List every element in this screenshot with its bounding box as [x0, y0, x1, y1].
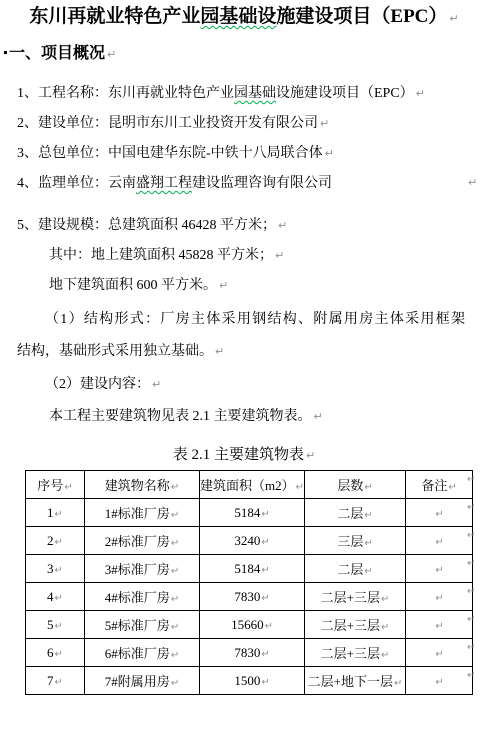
cell-text: 二层+地下一层: [308, 674, 393, 689]
cell-text: 3: [47, 561, 54, 576]
title-text-post: 施建设项目（EPC）: [276, 6, 447, 27]
header-text: 层数: [337, 478, 363, 493]
table-header-row: 序号↵ 建筑物名称↵ 建筑面积（m2）↵ 层数↵ 备注↵: [26, 471, 473, 499]
cell-seq: 5↵: [26, 611, 85, 639]
title-text-pre: 东川再就业特色产业: [29, 6, 200, 27]
cell-remarks: ↵: [406, 611, 473, 639]
header-text: 建筑面积（m2）: [200, 478, 295, 493]
row-end-mark-icon: ↵: [467, 474, 475, 485]
cell-floors: 二层+地下一层↵: [305, 667, 406, 695]
cell-text: 15660: [231, 617, 264, 632]
cell-building-name: 4#标准厂房↵: [85, 583, 200, 611]
para-text-spellcheck: 盛翔工程: [136, 176, 192, 191]
para-above-ground-area: 其中：地上建筑面积 45828 平方米；↵: [49, 247, 284, 264]
cell-building-name: 3#标准厂房↵: [85, 555, 200, 583]
pilcrow-icon: ↵: [466, 176, 477, 189]
cell-floors: 二层↵: [305, 555, 406, 583]
pilcrow-icon: ↵: [170, 650, 179, 661]
pilcrow-icon: ↵: [380, 594, 389, 605]
para-text: 地下建筑面积 600 平方米。: [49, 278, 217, 293]
row-end-mark-icon: ↵: [467, 530, 475, 541]
pilcrow-icon: ↵: [54, 537, 63, 548]
para-owner-unit: 2、建设单位：昆明市东川工业投资开发有限公司↵: [17, 115, 329, 132]
pilcrow-icon: ↵: [170, 594, 179, 605]
cell-area: 15660↵: [200, 611, 305, 639]
table-row: 1↵ 1#标准厂房↵ 5184↵ 二层↵ ↵: [26, 499, 473, 527]
pilcrow-icon: ↵: [260, 593, 269, 604]
cell-floors: 三层↵: [305, 527, 406, 555]
cell-text: 7830: [234, 645, 260, 660]
cell-text: 5: [47, 617, 54, 632]
pilcrow-icon: ↵: [363, 510, 372, 521]
para-text-spellcheck: 园基础: [234, 86, 276, 101]
para-table-reference: 本工程主要建筑物见表 2.1 主要建筑物表。↵: [49, 408, 323, 425]
cell-text: 4#标准厂房: [105, 590, 170, 605]
pilcrow-icon: ↵: [434, 621, 443, 632]
para-structure-type-line2: 结构，基础形式采用独立基础。↵: [17, 343, 224, 360]
header-cell-area: 建筑面积（m2）↵: [200, 471, 305, 499]
section-heading-text: 一、项目概况: [9, 45, 105, 62]
cell-seq: 7↵: [26, 667, 85, 695]
header-text: 备注: [421, 478, 447, 493]
cell-floors: 二层+三层↵: [305, 611, 406, 639]
cell-remarks: ↵: [406, 667, 473, 695]
pilcrow-icon: ↵: [217, 279, 228, 292]
pilcrow-icon: ↵: [414, 87, 425, 100]
pilcrow-icon: ↵: [380, 622, 389, 633]
pilcrow-icon: ↵: [273, 249, 284, 262]
pilcrow-icon: ↵: [170, 482, 179, 493]
pilcrow-icon: ↵: [213, 345, 224, 358]
row-end-mark-icon: ↵: [467, 586, 475, 597]
section-heading: 一、项目概况↵: [4, 45, 116, 64]
cell-building-name: 1#标准厂房↵: [85, 499, 200, 527]
cell-text: 二层+三层: [321, 646, 380, 661]
cell-text: 7830: [234, 589, 260, 604]
cell-remarks: ↵: [406, 583, 473, 611]
outline-bullet-icon: [4, 51, 7, 54]
title-text-spellcheck: 园基础设: [200, 6, 276, 27]
pilcrow-icon: ↵: [434, 649, 443, 660]
cell-area: 5184↵: [200, 499, 305, 527]
pilcrow-icon: ↵: [434, 537, 443, 548]
cell-text: 6: [47, 645, 54, 660]
pilcrow-icon: ↵: [170, 510, 179, 521]
para-text: 本工程主要建筑物见表 2.1 主要建筑物表。: [49, 409, 312, 424]
cell-seq: 3↵: [26, 555, 85, 583]
pilcrow-icon: ↵: [150, 378, 161, 391]
table-row: 7↵ 7#附属用房↵ 1500↵ 二层+地下一层↵ ↵: [26, 667, 473, 695]
row-end-mark-icon: ↵: [467, 642, 475, 653]
table-row: 4↵ 4#标准厂房↵ 7830↵ 二层+三层↵ ↵: [26, 583, 473, 611]
pilcrow-icon: ↵: [318, 117, 329, 130]
cell-building-name: 5#标准厂房↵: [85, 611, 200, 639]
pilcrow-icon: ↵: [304, 449, 315, 462]
cell-text: 7: [47, 673, 54, 688]
row-end-mark-icon: ↵: [467, 614, 475, 625]
para-project-name: 1、工程名称：东川再就业特色产业园基础设施建设项目（EPC）↵: [17, 85, 425, 102]
cell-building-name: 7#附属用房↵: [85, 667, 200, 695]
pilcrow-icon: ↵: [264, 621, 273, 632]
cell-text: 4: [47, 589, 54, 604]
table-row: 3↵ 3#标准厂房↵ 5184↵ 二层↵ ↵: [26, 555, 473, 583]
para-text: 结构，基础形式采用独立基础。: [17, 344, 213, 359]
cell-remarks: ↵: [406, 499, 473, 527]
pilcrow-icon: ↵: [434, 677, 443, 688]
pilcrow-icon: ↵: [260, 537, 269, 548]
pilcrow-icon: ↵: [380, 650, 389, 661]
pilcrow-icon: ↵: [323, 147, 334, 160]
pilcrow-icon: ↵: [54, 649, 63, 660]
cell-floors: 二层↵: [305, 499, 406, 527]
pilcrow-icon: ↵: [447, 12, 458, 25]
cell-remarks: ↵: [406, 527, 473, 555]
pilcrow-icon: ↵: [260, 677, 269, 688]
cell-text: 5184: [234, 561, 260, 576]
document-page: 东川再就业特色产业园基础设施建设项目（EPC）↵ 一、项目概况↵ 1、工程名称：…: [0, 0, 488, 743]
header-cell-remarks: 备注↵: [406, 471, 473, 499]
cell-seq: 6↵: [26, 639, 85, 667]
buildings-table: 序号↵ 建筑物名称↵ 建筑面积（m2）↵ 层数↵ 备注↵ 1↵ 1#标准厂房↵ …: [25, 470, 473, 695]
pilcrow-icon: ↵: [54, 565, 63, 576]
pilcrow-icon: ↵: [363, 566, 372, 577]
cell-seq: 4↵: [26, 583, 85, 611]
para-text: 建设监理咨询有限公司: [192, 176, 332, 191]
para-construction-content: （2）建设内容：↵: [45, 376, 161, 393]
pilcrow-icon: ↵: [260, 649, 269, 660]
cell-area: 7830↵: [200, 639, 305, 667]
table-row: 6↵ 6#标准厂房↵ 7830↵ 二层+三层↵ ↵: [26, 639, 473, 667]
cell-text: 1500: [234, 673, 260, 688]
pilcrow-icon: ↵: [434, 565, 443, 576]
cell-text: 7#附属用房: [105, 674, 170, 689]
pilcrow-icon: ↵: [363, 538, 372, 549]
header-text: 建筑物名称: [105, 478, 170, 493]
table-caption-text: 表 2.1 主要建筑物表: [173, 447, 304, 463]
pilcrow-icon: ↵: [170, 538, 179, 549]
para-scale: 5、建设规模：总建筑面积 46428 平方米；↵: [17, 217, 287, 234]
header-text: 序号: [37, 478, 63, 493]
cell-area: 5184↵: [200, 555, 305, 583]
pilcrow-icon: ↵: [170, 622, 179, 633]
pilcrow-icon: ↵: [170, 678, 179, 689]
cell-area: 3240↵: [200, 527, 305, 555]
para-text: 2、建设单位：昆明市东川工业投资开发有限公司: [17, 116, 318, 131]
cell-text: 5#标准厂房: [105, 618, 170, 633]
header-cell-building-name: 建筑物名称↵: [85, 471, 200, 499]
pilcrow-icon: ↵: [54, 593, 63, 604]
table-caption: 表 2.1 主要建筑物表↵: [0, 446, 488, 465]
cell-text: 二层+三层: [321, 590, 380, 605]
para-structure-type-line1: （1）结构形式：厂房主体采用钢结构、附属用房主体采用框架: [45, 311, 465, 328]
cell-text: 2: [47, 533, 54, 548]
para-contractor-unit: 3、总包单位：中国电建华东院-中铁十八局联合体↵: [17, 145, 334, 162]
para-text: 3、总包单位：中国电建华东院-中铁十八局联合体: [17, 146, 323, 161]
pilcrow-icon: ↵: [295, 482, 304, 493]
cell-text: 3#标准厂房: [105, 562, 170, 577]
cell-building-name: 6#标准厂房↵: [85, 639, 200, 667]
para-text: 其中：地上建筑面积 45828 平方米；: [49, 248, 273, 263]
pilcrow-icon: ↵: [54, 509, 63, 520]
para-supervision-unit: 4、监理单位：云南盛翔工程建设监理咨询有限公司: [17, 175, 332, 192]
para-text: （2）建设内容：: [45, 377, 150, 392]
para-text: 设施建设项目（EPC）: [276, 86, 414, 101]
cell-area: 7830↵: [200, 583, 305, 611]
pilcrow-icon: ↵: [63, 482, 72, 493]
cell-seq: 2↵: [26, 527, 85, 555]
document-title: 东川再就业特色产业园基础设施建设项目（EPC）↵: [0, 5, 488, 31]
cell-text: 6#标准厂房: [105, 646, 170, 661]
header-cell-floors: 层数↵: [305, 471, 406, 499]
cell-text: 3240: [234, 533, 260, 548]
para-text: 1、工程名称：东川再就业特色产业: [17, 86, 234, 101]
pilcrow-icon: ↵: [260, 509, 269, 520]
cell-text: 二层+三层: [321, 618, 380, 633]
cell-floors: 二层+三层↵: [305, 639, 406, 667]
pilcrow-icon: ↵: [447, 482, 456, 493]
table-row: 2↵ 2#标准厂房↵ 3240↵ 三层↵ ↵: [26, 527, 473, 555]
row-end-mark-icon: ↵: [467, 558, 475, 569]
pilcrow-icon: ↵: [434, 593, 443, 604]
pilcrow-icon: ↵: [393, 678, 402, 689]
para-text: 5、建设规模：总建筑面积 46428 平方米；: [17, 218, 276, 233]
pilcrow-icon: ↵: [260, 565, 269, 576]
cell-text: 5184: [234, 505, 260, 520]
cell-seq: 1↵: [26, 499, 85, 527]
cell-text: 1: [47, 505, 54, 520]
cell-floors: 二层+三层↵: [305, 583, 406, 611]
cell-remarks: ↵: [406, 555, 473, 583]
pilcrow-icon: ↵: [54, 677, 63, 688]
cell-remarks: ↵: [406, 639, 473, 667]
cell-text: 二层: [337, 506, 363, 521]
para-underground-area: 地下建筑面积 600 平方米。↵: [49, 277, 228, 294]
cell-text: 1#标准厂房: [105, 506, 170, 521]
pilcrow-icon: ↵: [276, 219, 287, 232]
pilcrow-icon: ↵: [312, 410, 323, 423]
cell-building-name: 2#标准厂房↵: [85, 527, 200, 555]
cell-text: 二层: [337, 562, 363, 577]
para-text: （1）结构形式：厂房主体采用钢结构、附属用房主体采用框架: [45, 312, 465, 327]
pilcrow-icon: ↵: [363, 482, 372, 493]
cell-text: 三层: [337, 534, 363, 549]
para-text: 4、监理单位：云南: [17, 176, 136, 191]
pilcrow-icon: ↵: [105, 48, 116, 61]
row-end-mark-icon: ↵: [467, 502, 475, 513]
pilcrow-icon: ↵: [434, 509, 443, 520]
header-cell-seq: 序号↵: [26, 471, 85, 499]
cell-text: 2#标准厂房: [105, 534, 170, 549]
row-end-mark-icon: ↵: [467, 670, 475, 681]
pilcrow-icon: ↵: [170, 566, 179, 577]
cell-area: 1500↵: [200, 667, 305, 695]
pilcrow-icon: ↵: [54, 621, 63, 632]
table-row: 5↵ 5#标准厂房↵ 15660↵ 二层+三层↵ ↵: [26, 611, 473, 639]
